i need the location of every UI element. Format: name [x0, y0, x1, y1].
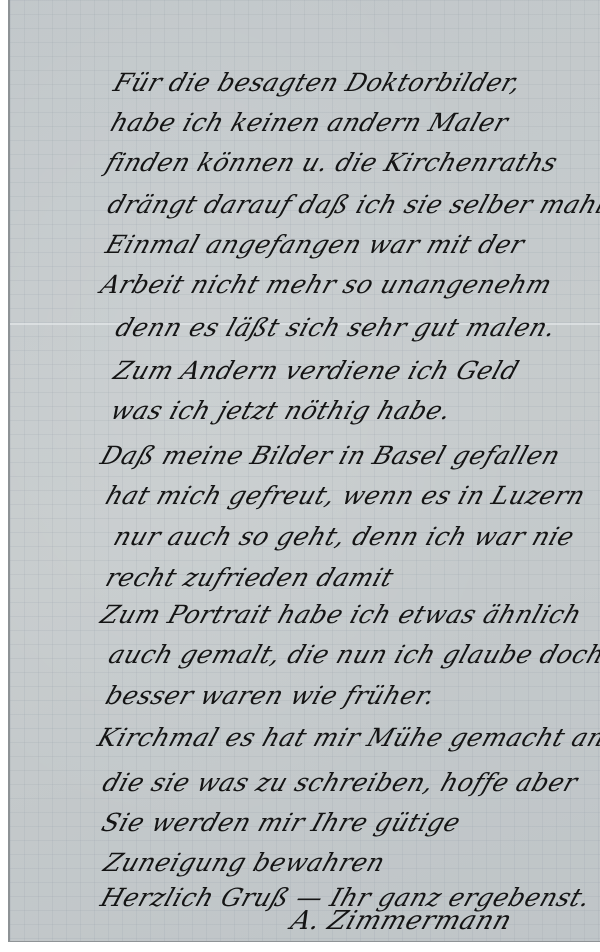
handwritten-line: Zum Portrait habe ich etwas ähnlich: [97, 600, 586, 629]
handwritten-line: hat mich gefreut, wenn es in Luzern: [102, 481, 589, 510]
handwritten-line: habe ich keinen andern Maler: [107, 108, 512, 137]
handwritten-line: Daß meine Bilder in Basel gefallen: [97, 441, 564, 470]
handwritten-line: was ich jetzt nöthig habe.: [107, 396, 455, 425]
handwritten-line: auch gemalt, die nun ich glaube doch: [105, 640, 600, 669]
handwritten-line: Für die besagten Doktorbilder,: [110, 68, 525, 97]
handwritten-line: Zuneigung bewahren: [100, 848, 389, 877]
handwritten-line: drängt darauf daß ich sie selber mahle: [104, 190, 600, 219]
handwritten-line: Arbeit nicht mehr so unangenehm: [97, 270, 556, 299]
handwritten-line: denn es läßt sich sehr gut malen.: [112, 313, 560, 342]
handwritten-line: die sie was zu schreiben, hoffe aber: [99, 768, 582, 797]
handwritten-line: recht zufrieden damit: [102, 563, 398, 592]
handwritten-line: Einmal angefangen war mit der: [102, 230, 528, 259]
handwritten-line: nur auch so geht, denn ich war nie: [110, 522, 578, 551]
handwritten-line: Zum Andern verdiene ich Geld: [110, 356, 523, 385]
handwritten-line: Sie werden mir Ihre gütige: [98, 808, 465, 837]
letter-page: Für die besagten Doktorbilder,habe ich k…: [8, 0, 600, 942]
signature: A. Zimmermann: [287, 906, 516, 936]
handwritten-line: besser waren wie früher.: [102, 681, 439, 710]
handwritten-line: finden können u. die Kirchenraths: [102, 148, 562, 177]
handwritten-line: Kirchmal es hat mir Mühe gemacht an: [94, 723, 600, 752]
